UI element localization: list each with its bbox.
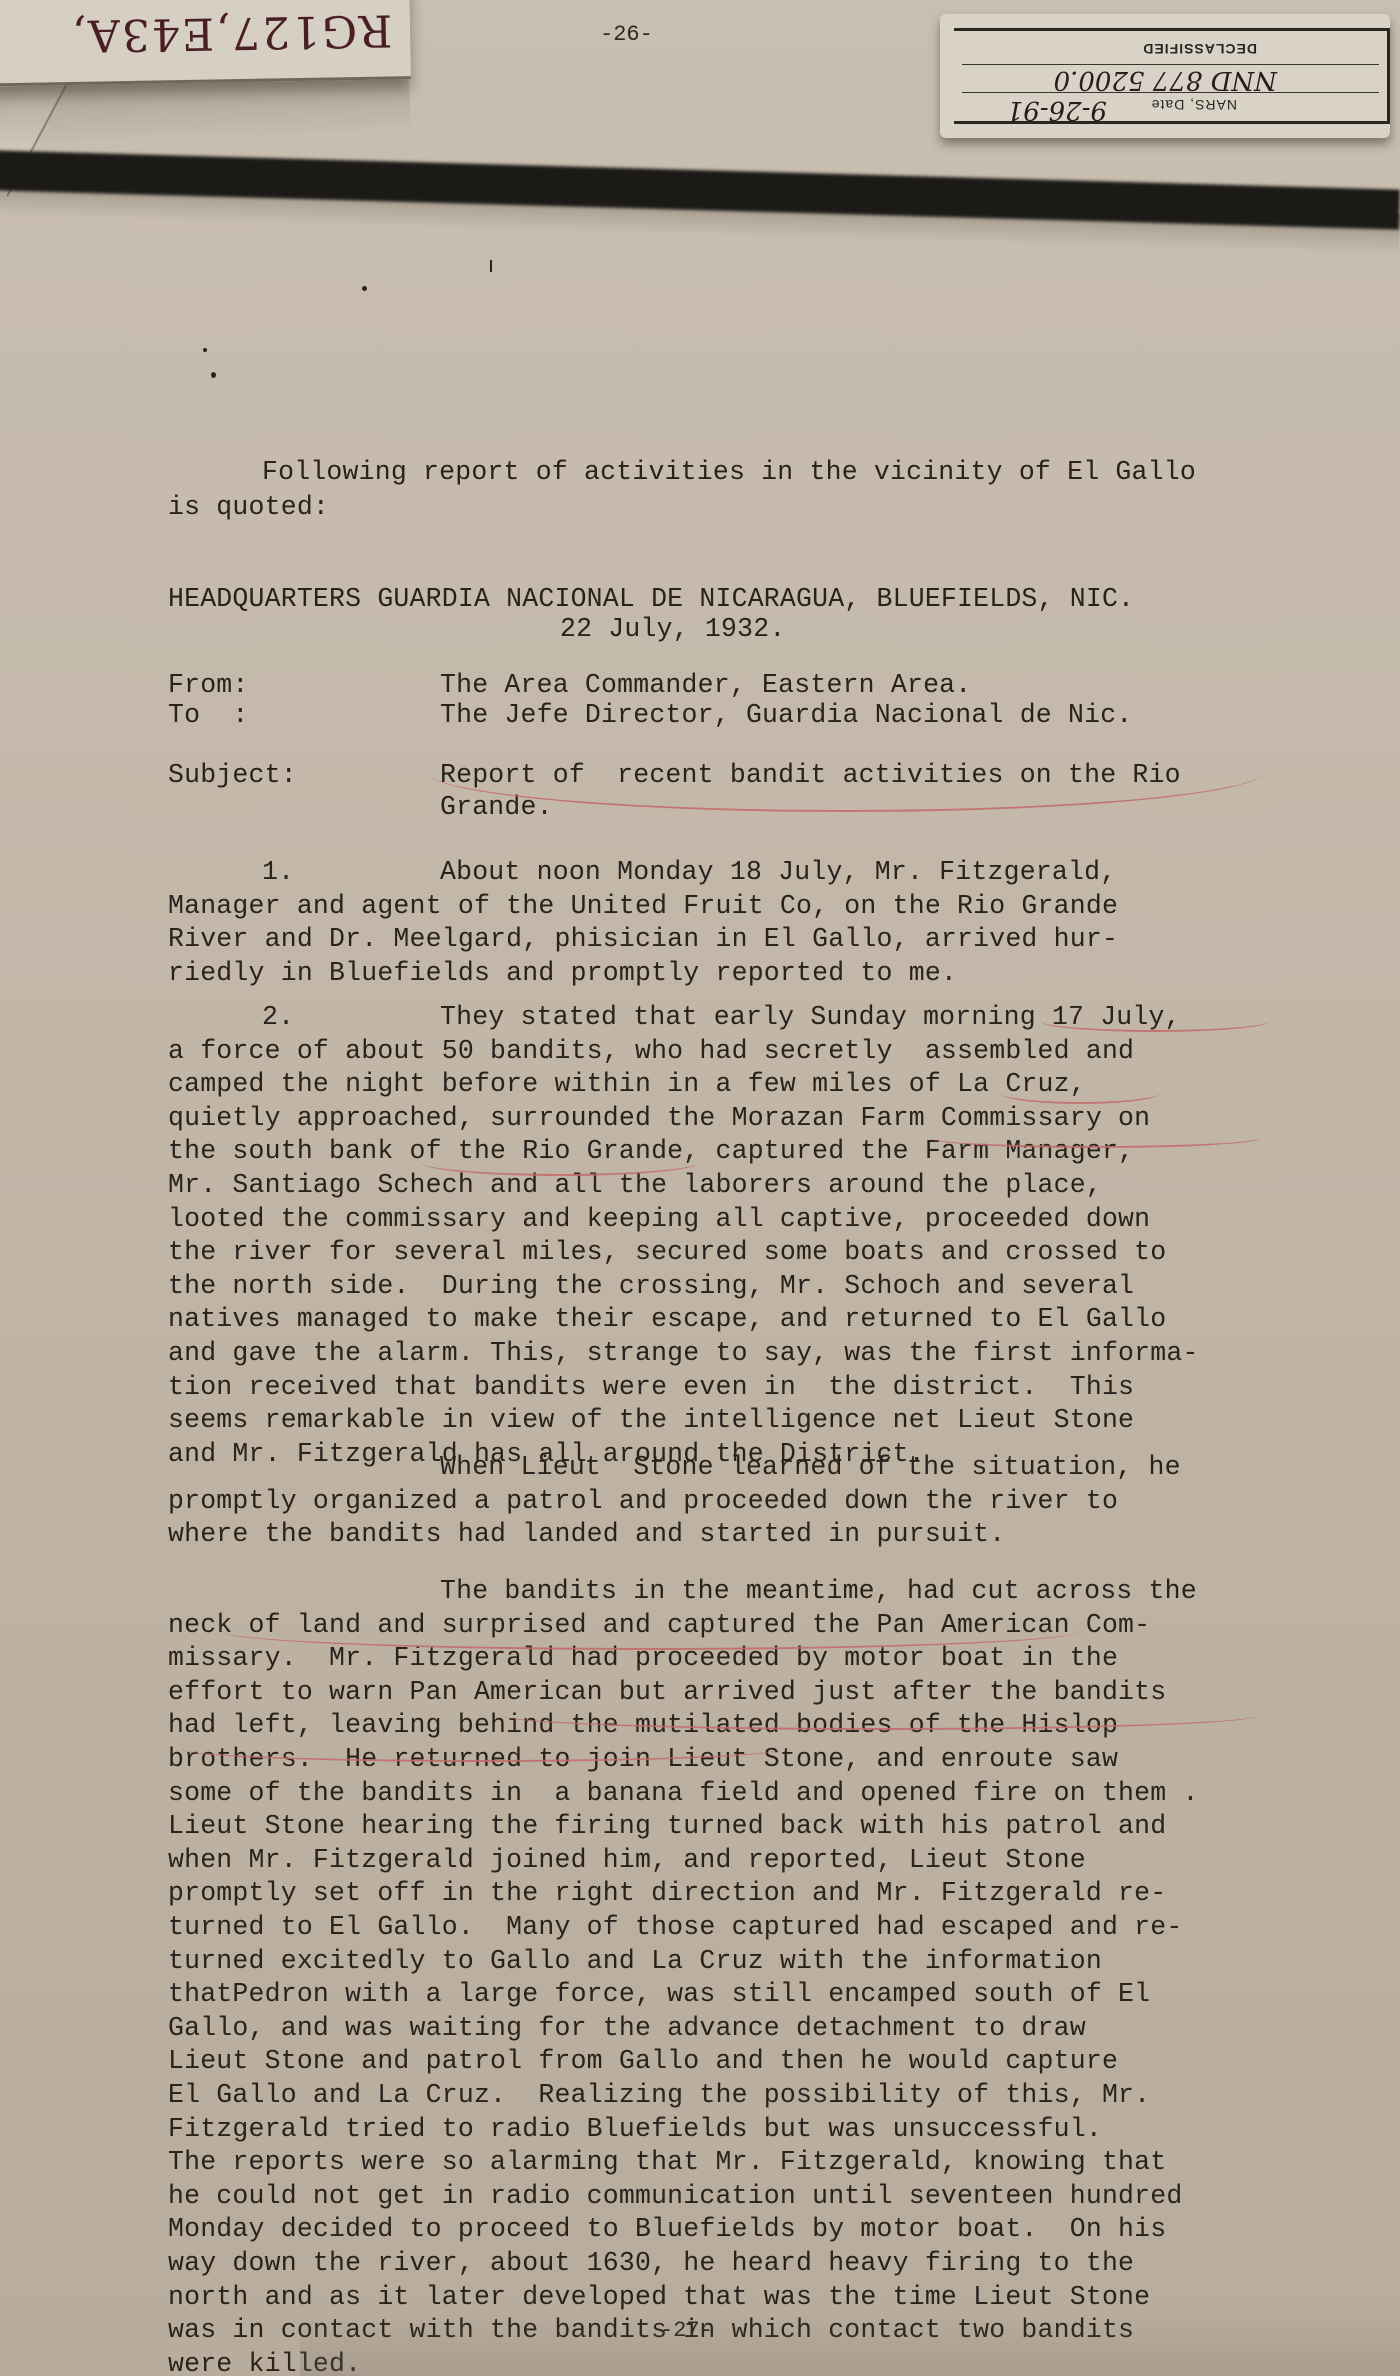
- paragraph-line: tion received that bandits were even in …: [168, 1370, 1134, 1405]
- paragraph-line: way down the river, about 1630, he heard…: [168, 2246, 1134, 2281]
- intro-line-2: is quoted:: [168, 490, 329, 525]
- red-underline: [220, 1612, 1080, 1650]
- stamp-date: 9-26-91: [1007, 95, 1107, 125]
- red-underline: [180, 1736, 780, 1762]
- paragraph-line: thatPedron with a large force, was still…: [168, 1977, 1150, 2012]
- stamp-authority: NND 877 5200.0: [1054, 65, 1277, 95]
- paragraph-line: When Lieut Stone learned of the situatio…: [440, 1450, 1181, 1485]
- paragraph-line: Manager and agent of the United Fruit Co…: [168, 889, 1118, 924]
- red-underline: [930, 1128, 1260, 1148]
- slip-handwriting: RG127,E43A,: [70, 4, 393, 61]
- paragraph-line: Lieut Stone and patrol from Gallo and th…: [168, 2044, 1118, 2079]
- red-underline: [500, 1700, 1260, 1730]
- memo-subject-label: Subject:: [168, 758, 297, 793]
- page-shadow: [300, 2310, 1400, 2376]
- paragraph-line: when Mr. Fitzgerald joined him, and repo…: [168, 1843, 1086, 1878]
- speck: [203, 348, 207, 352]
- red-underline: [420, 1148, 700, 1176]
- paragraph-line: a force of about 50 bandits, who had sec…: [168, 1034, 1134, 1069]
- paragraph-line: El Gallo and La Cruz. Realizing the poss…: [168, 2078, 1150, 2113]
- paragraph-line: The bandits in the meantime, had cut acr…: [440, 1574, 1197, 1609]
- paragraph-line: promptly organized a patrol and proceede…: [168, 1484, 1118, 1519]
- paragraph-line: The reports were so alarming that Mr. Fi…: [168, 2145, 1166, 2180]
- paragraph-number: 2.: [262, 1000, 294, 1035]
- paragraph-line: About noon Monday 18 July, Mr. Fitzgeral…: [440, 855, 1116, 890]
- red-underline: [1040, 1010, 1270, 1032]
- letterhead-date: 22 July, 1932.: [560, 612, 785, 647]
- paragraph-line: and gave the alarm. This, strange to say…: [168, 1336, 1199, 1371]
- memo-to-value: The Jefe Director, Guardia Nacional de N…: [440, 698, 1132, 733]
- paragraph-line: turned excitedly to Gallo and La Cruz wi…: [168, 1944, 1102, 1979]
- paragraph-line: Gallo, and was waiting for the advance d…: [168, 2011, 1086, 2046]
- paragraph-line: the north side. During the crossing, Mr.…: [168, 1269, 1134, 1304]
- paragraph-line: some of the bandits in a banana field an…: [168, 1776, 1199, 1811]
- speck: [362, 286, 367, 291]
- paragraph-number: 1.: [262, 855, 294, 890]
- paragraph-line: Fitzgerald tried to radio Bluefields but…: [168, 2112, 1102, 2147]
- paragraph-line: promptly set off in the right direction …: [168, 1876, 1166, 1911]
- archive-slip: RG127,E43A,: [0, 0, 411, 87]
- red-underline: [1000, 1082, 1160, 1104]
- intro-line-1: Following report of activities in the vi…: [262, 455, 1196, 490]
- paragraph-line: Lieut Stone hearing the firing turned ba…: [168, 1809, 1166, 1844]
- paragraph-line: he could not get in radio communication …: [168, 2179, 1182, 2214]
- declassified-stamp: DECLASSIFIED NND 877 5200.0 NARS, Date 9…: [940, 14, 1390, 138]
- stamp-declassified-label: DECLASSIFIED: [1142, 41, 1257, 57]
- paragraph-line: looted the commissary and keeping all ca…: [168, 1202, 1150, 1237]
- paragraph-line: riedly in Bluefields and promptly report…: [168, 956, 957, 991]
- paragraph-line: Monday decided to proceed to Bluefields …: [168, 2212, 1166, 2247]
- stamp-nars-date-label: NARS, Date: [1151, 97, 1237, 113]
- speck: [211, 372, 216, 378]
- memo-to-label: To :: [168, 698, 249, 733]
- paragraph-line: where the bandits had landed and started…: [168, 1517, 1005, 1552]
- page-number-top: -26-: [600, 22, 653, 47]
- paragraph-line: camped the night before within in a few …: [168, 1067, 1086, 1102]
- paragraph-line: seems remarkable in view of the intellig…: [168, 1403, 1134, 1438]
- paragraph-line: River and Dr. Meelgard, phisician in El …: [168, 922, 1118, 957]
- document-page: RG127,E43A, -26- DECLASSIFIED NND 877 52…: [0, 0, 1400, 2376]
- stamp-frame: DECLASSIFIED NND 877 5200.0 NARS, Date 9…: [954, 28, 1390, 124]
- red-pencil-loop: [425, 730, 1265, 812]
- paragraph-line: turned to El Gallo. Many of those captur…: [168, 1910, 1182, 1945]
- paragraph-line: natives managed to make their escape, an…: [168, 1302, 1166, 1337]
- paragraph-line: the river for several miles, secured som…: [168, 1235, 1166, 1270]
- speck: [490, 260, 492, 272]
